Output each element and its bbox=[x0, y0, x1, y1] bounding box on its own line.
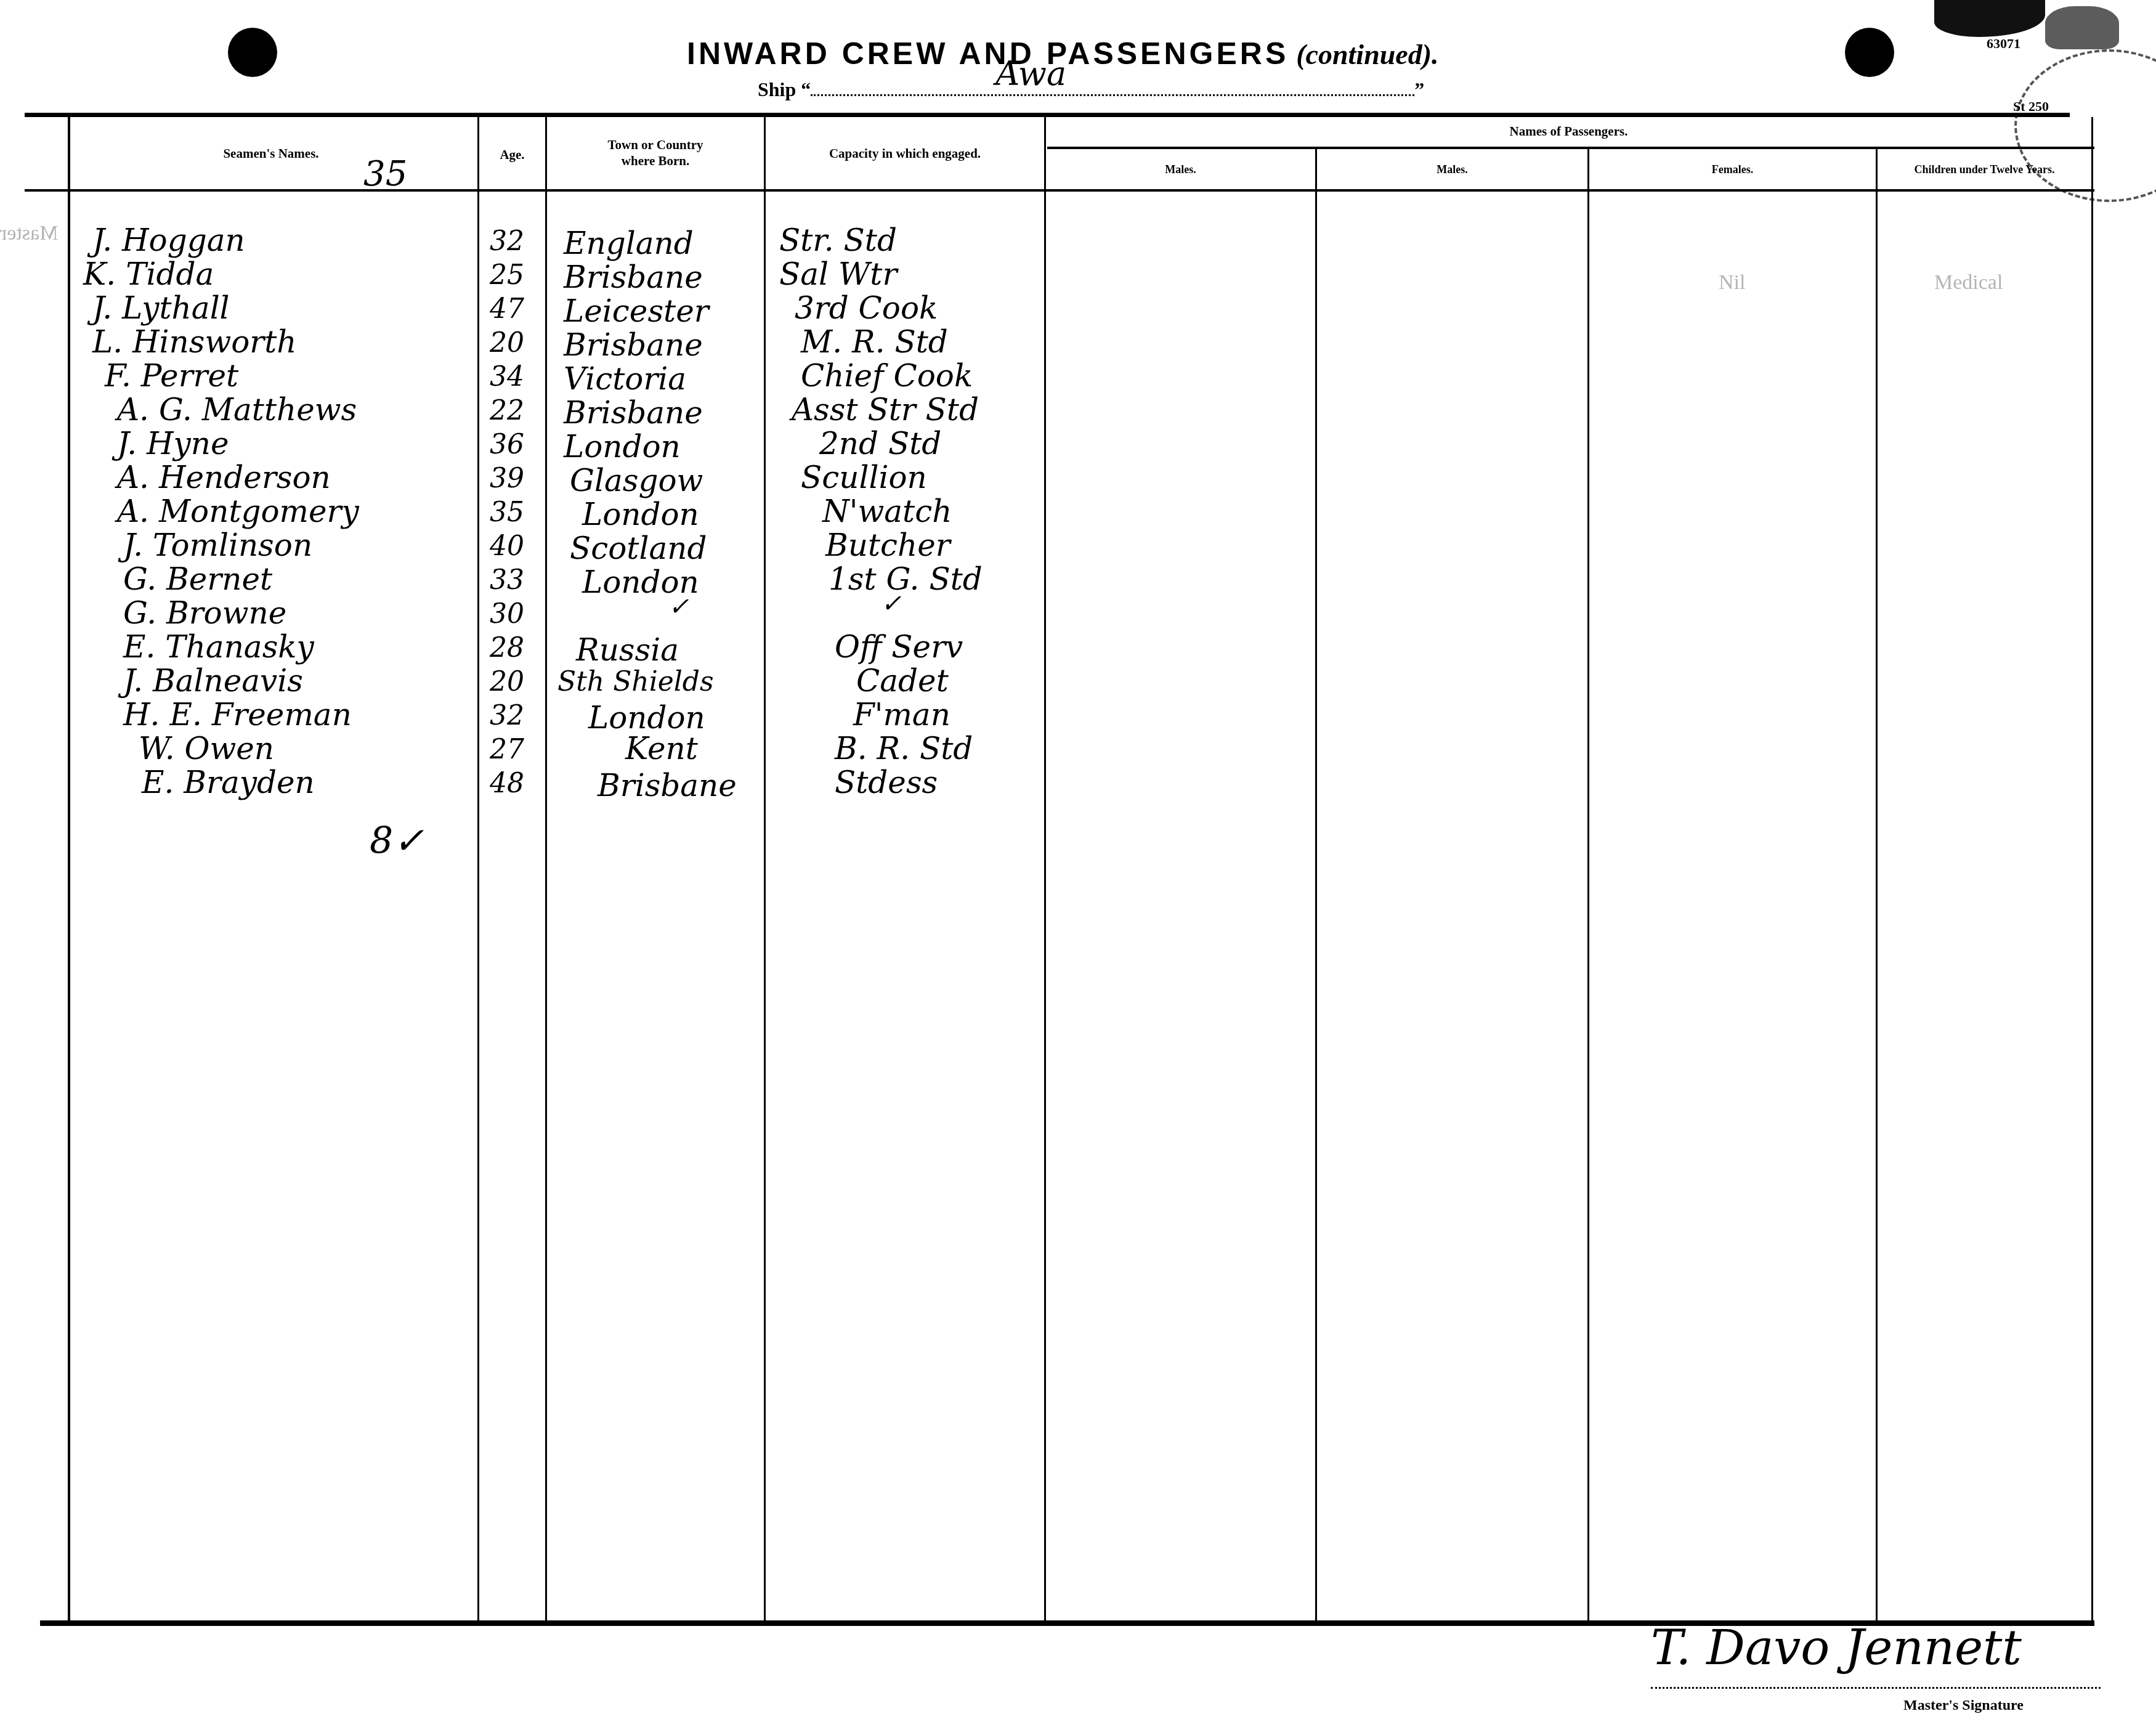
ink-blot bbox=[1934, 0, 2045, 37]
crew-born: Brisbane bbox=[564, 330, 703, 360]
ship-name-field: Awa bbox=[811, 77, 1414, 96]
crew-capacity: Scullion bbox=[801, 462, 927, 493]
crew-capacity: N'watch bbox=[822, 496, 952, 527]
master-signature-label: Master's Signature bbox=[1903, 1697, 2024, 1714]
passenger-subheader-rule bbox=[1047, 147, 2094, 149]
signature-line bbox=[1651, 1687, 2101, 1689]
ship-name: Awa bbox=[995, 54, 1066, 93]
crown-stamp-icon bbox=[2045, 6, 2119, 49]
column-divider-right bbox=[2091, 117, 2093, 1620]
passengers-females-column bbox=[1591, 194, 1876, 1617]
crew-name: E. Brayden bbox=[142, 767, 315, 798]
crew-name: A. G. Matthews bbox=[117, 394, 357, 425]
crew-name: A. Montgomery bbox=[117, 496, 359, 527]
crew-count-note: 35 bbox=[363, 157, 407, 192]
column-divider-left bbox=[68, 117, 70, 1620]
header-bottom-rule bbox=[25, 189, 2094, 192]
crew-age: 22 bbox=[490, 397, 524, 425]
crew-born: England bbox=[564, 228, 694, 259]
header-born-line2: where Born. bbox=[547, 153, 764, 169]
punch-hole-left bbox=[228, 28, 277, 77]
crew-capacity: 2nd Std bbox=[819, 428, 941, 459]
crew-age: 47 bbox=[490, 296, 524, 323]
crew-born: Scotland bbox=[570, 533, 707, 564]
crew-capacity: 1st G. Std bbox=[829, 564, 983, 595]
crew-name: J. Balneavis bbox=[123, 665, 303, 696]
passengers-males-1-column bbox=[1047, 194, 1315, 1617]
crew-age: 36 bbox=[490, 431, 524, 458]
column-divider-males-females bbox=[1587, 148, 1589, 1620]
ship-label: Ship “ bbox=[758, 78, 811, 100]
crew-capacity: Cadet bbox=[856, 665, 949, 696]
crew-capacity: Sal Wtr bbox=[779, 259, 897, 290]
crew-name: K. Tidda bbox=[83, 259, 214, 290]
crew-born: Sth Shields bbox=[557, 668, 714, 696]
crew-capacity: B. R. Std bbox=[835, 733, 973, 764]
form-number: 63071 bbox=[1987, 36, 2020, 52]
crew-age: 20 bbox=[490, 330, 524, 357]
crew-age: 40 bbox=[490, 533, 524, 560]
master-signature: T. Davo Jennett bbox=[1651, 1620, 2022, 1676]
crew-capacity: M. R. Std bbox=[801, 327, 948, 357]
crew-born: Kent bbox=[625, 733, 698, 764]
header-capacity: Capacity in which engaged. bbox=[766, 145, 1044, 161]
crew-age: 30 bbox=[490, 601, 524, 628]
crew-capacity: ✓ bbox=[881, 591, 902, 616]
crew-age: 28 bbox=[490, 635, 524, 662]
column-divider-name-age bbox=[477, 117, 479, 1620]
ship-line: Ship “Awa” bbox=[758, 77, 1424, 101]
crew-age: 33 bbox=[490, 567, 524, 594]
header-males-2: Males. bbox=[1317, 161, 1587, 177]
crew-capacity: Chief Cook bbox=[801, 360, 973, 391]
crew-age: 35 bbox=[490, 499, 524, 526]
top-rule bbox=[25, 113, 2070, 117]
crew-born: London bbox=[564, 431, 681, 462]
crew-age: 32 bbox=[490, 228, 524, 255]
crew-name: H. E. Freeman bbox=[123, 699, 352, 730]
crew-capacity: Stdess bbox=[835, 767, 938, 798]
crew-capacity: F'man bbox=[853, 699, 950, 730]
crew-capacity: 3rd Cook bbox=[795, 293, 938, 323]
crew-born: ✓ bbox=[668, 595, 689, 619]
column-divider-capacity-passengers bbox=[1044, 117, 1046, 1620]
crew-born: Victoria bbox=[564, 364, 686, 394]
crew-name: J. Hyne bbox=[117, 428, 229, 459]
crew-name: J. Hoggan bbox=[92, 225, 245, 256]
tally-checkmark: 8✓ bbox=[370, 819, 424, 863]
crew-born: Brisbane bbox=[564, 397, 703, 428]
crew-age: 32 bbox=[490, 702, 524, 729]
header-females: Females. bbox=[1589, 161, 1876, 177]
crew-name: A. Henderson bbox=[117, 462, 331, 493]
crew-born: Brisbane bbox=[598, 770, 737, 801]
crew-age: 27 bbox=[490, 736, 524, 763]
crew-age: 39 bbox=[490, 465, 524, 492]
header-seamen-names: Seamen's Names. bbox=[154, 145, 388, 161]
crew-name: J. Tomlinson bbox=[123, 530, 312, 561]
ship-close-quote: ” bbox=[1414, 78, 1424, 100]
header-passengers-group: Names of Passengers. bbox=[1046, 123, 2091, 139]
crew-born: Brisbane bbox=[564, 262, 703, 293]
crew-age: 20 bbox=[490, 668, 524, 696]
crew-name: W. Owen bbox=[139, 733, 274, 764]
punch-hole-right bbox=[1845, 28, 1894, 77]
column-divider-males-males bbox=[1315, 148, 1317, 1620]
crew-capacity: Butcher bbox=[825, 530, 950, 561]
crew-age: 48 bbox=[490, 770, 524, 797]
column-divider-females-children bbox=[1876, 148, 1878, 1620]
crew-born: Glasgow bbox=[570, 465, 703, 496]
crew-name: G. Bernet bbox=[123, 564, 272, 595]
title-text: INWARD CREW AND PASSENGERS bbox=[687, 36, 1289, 71]
crew-born: London bbox=[582, 499, 699, 530]
header-age: Age. bbox=[479, 147, 545, 163]
header-males-1: Males. bbox=[1046, 161, 1315, 177]
crew-age: 25 bbox=[490, 262, 524, 289]
crew-born: Russia bbox=[576, 635, 679, 665]
column-divider-born-capacity bbox=[764, 117, 766, 1620]
crew-name: L. Hinsworth bbox=[92, 327, 297, 357]
crew-capacity: Off Serv bbox=[835, 632, 963, 662]
header-born: Town or Country where Born. bbox=[547, 137, 764, 169]
crew-name: E. Thanasky bbox=[123, 632, 314, 662]
crew-name: G. Browne bbox=[123, 598, 286, 628]
crew-born: Leicester bbox=[564, 296, 709, 327]
passengers-children-column bbox=[1879, 194, 2091, 1617]
crew-capacity: Str. Std bbox=[779, 225, 897, 256]
bleedthrough-master: Master bbox=[0, 222, 58, 245]
header-born-line1: Town or Country bbox=[547, 137, 764, 153]
crew-age: 34 bbox=[490, 364, 524, 391]
crew-capacity: Asst Str Std bbox=[792, 394, 979, 425]
crew-name: F. Perret bbox=[105, 360, 238, 391]
crew-name: J. Lythall bbox=[92, 293, 230, 323]
passengers-males-2-column bbox=[1318, 194, 1587, 1617]
column-divider-age-born bbox=[545, 117, 547, 1620]
crew-born: London bbox=[588, 702, 705, 733]
title-suffix: (continued). bbox=[1296, 39, 1438, 70]
header-children: Children under Twelve Years. bbox=[1878, 161, 2091, 177]
